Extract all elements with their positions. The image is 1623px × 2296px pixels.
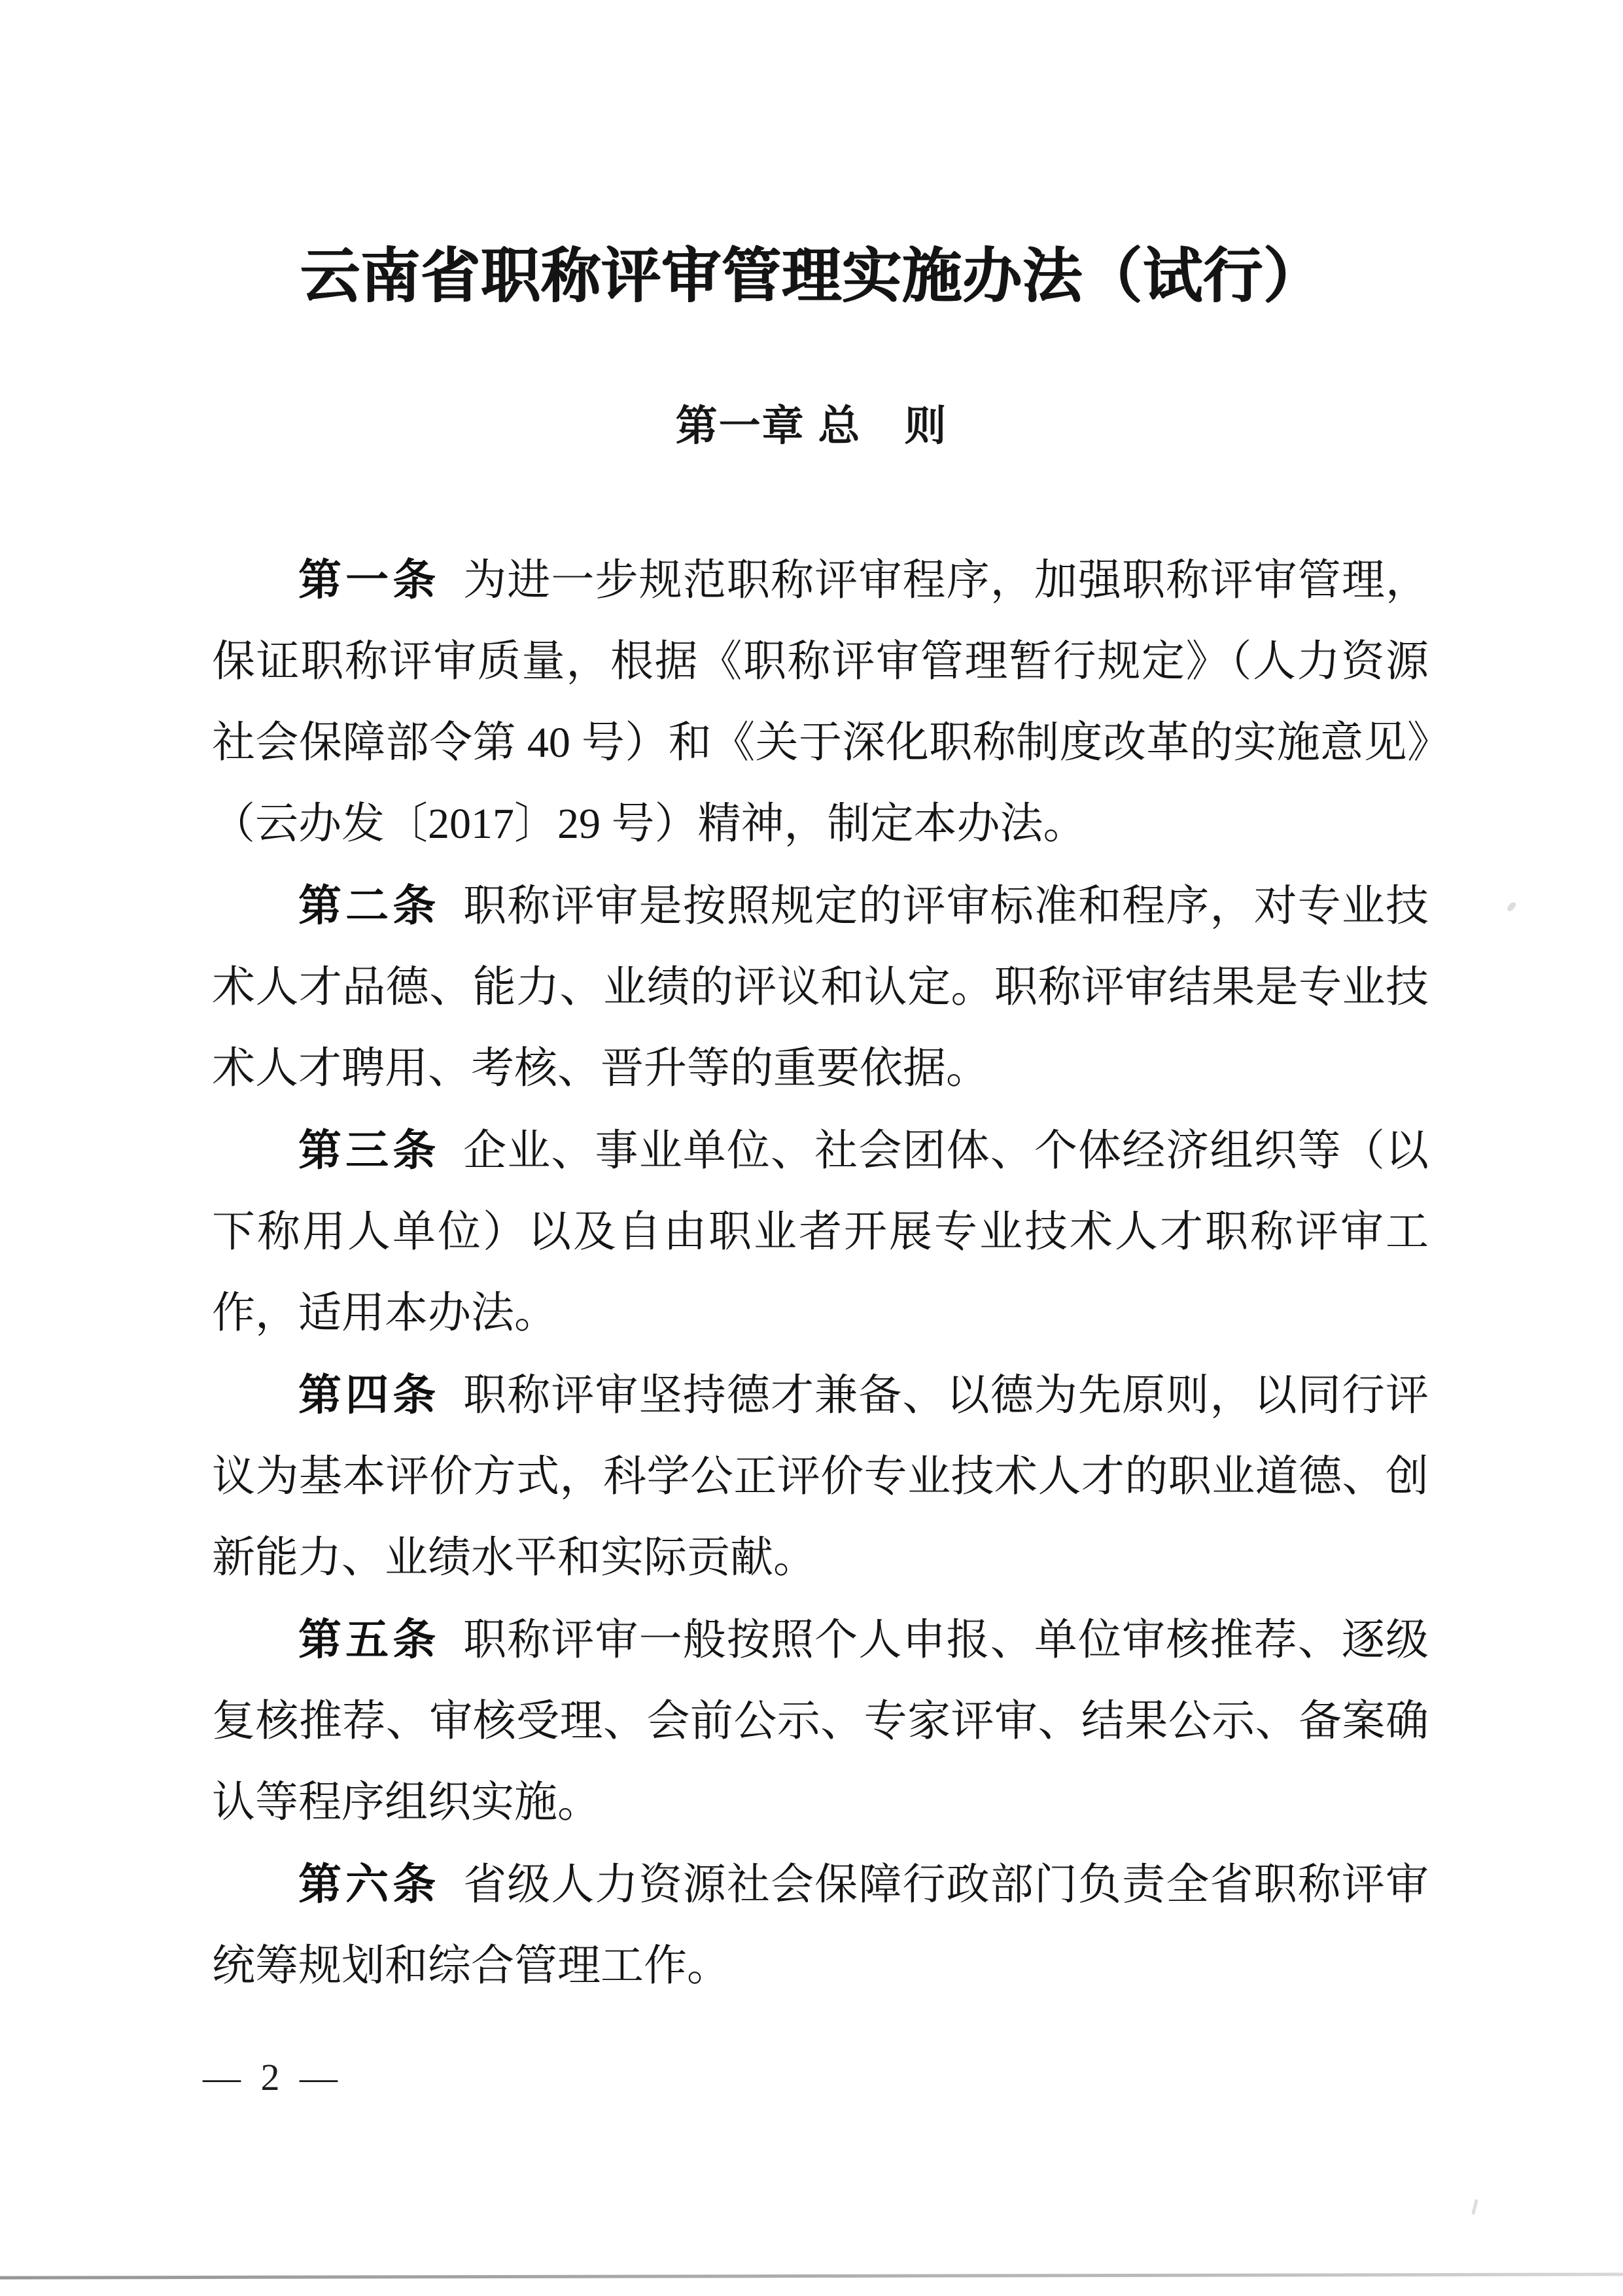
article-label: 第二条 xyxy=(298,881,440,930)
chapter-heading: 第一章 总 则 xyxy=(0,398,1623,454)
article-label: 第一条 xyxy=(298,555,440,604)
article-label: 第六条 xyxy=(298,1860,440,1908)
article-paragraph: 第三条 企业、事业单位、社会团体、个体经济组织等（以下称用人单位）以及自由职业者… xyxy=(212,1109,1429,1354)
page-number: — 2 — xyxy=(203,2055,343,2099)
article-paragraph: 第二条 职称评审是按照规定的评审标准和程序，对专业技术人才品德、能力、业绩的评议… xyxy=(212,865,1429,1109)
article-label: 第五条 xyxy=(298,1615,440,1663)
article-label: 第四条 xyxy=(298,1370,440,1419)
scan-speck xyxy=(1471,2199,1478,2215)
scan-speck xyxy=(1506,901,1517,913)
article-paragraph: 第六条 省级人力资源社会保障行政部门负责全省职称评审统筹规划和综合管理工作。 xyxy=(212,1843,1429,2007)
article-label: 第三条 xyxy=(298,1126,440,1174)
document-body: 第一条 为进一步规范职称评审程序，加强职称评审管理，保证职称评审质量，根据《职称… xyxy=(212,539,1429,2007)
document-title: 云南省职称评审管理实施办法（试行） xyxy=(0,241,1623,312)
article-paragraph: 第一条 为进一步规范职称评审程序，加强职称评审管理，保证职称评审质量，根据《职称… xyxy=(212,539,1429,865)
scan-edge-artifact xyxy=(0,2272,1623,2279)
article-paragraph: 第四条 职称评审坚持德才兼备、以德为先原则，以同行评议为基本评价方式，科学公正评… xyxy=(212,1354,1429,1599)
scanned-page: 云南省职称评审管理实施办法（试行） 第一章 总 则 第一条 为进一步规范职称评审… xyxy=(0,0,1623,2296)
article-paragraph: 第五条 职称评审一般按照个人申报、单位审核推荐、逐级复核推荐、审核受理、会前公示… xyxy=(212,1599,1429,1843)
